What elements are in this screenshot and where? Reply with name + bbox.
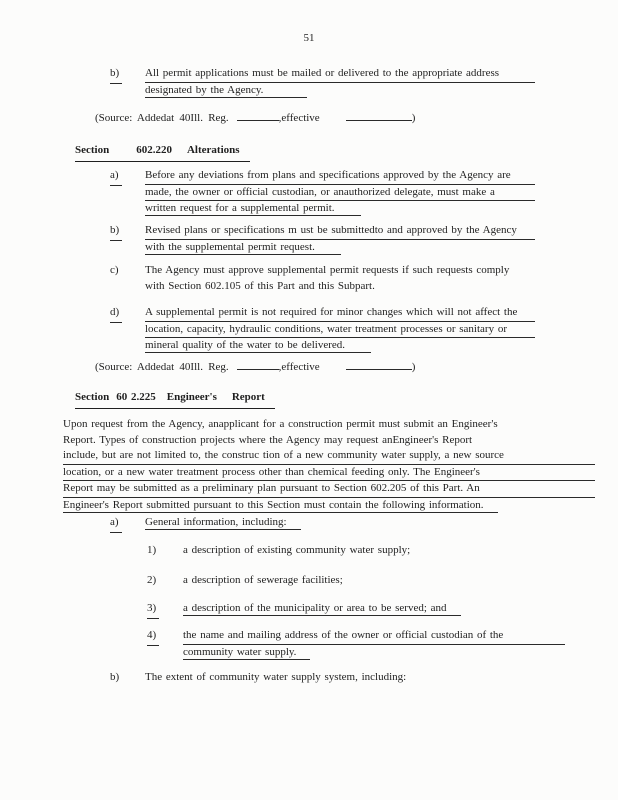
item-line: The extent of community water supply sys… bbox=[145, 670, 535, 686]
item-label: 2) bbox=[147, 573, 156, 589]
section-word: Section bbox=[75, 144, 109, 156]
item-line: Revised plans or specifications m ust be… bbox=[145, 223, 535, 240]
item-line: written request for a supplemental permi… bbox=[145, 202, 361, 216]
paragraph-line: include, but are not limited to, the con… bbox=[63, 448, 595, 465]
item-label: 1) bbox=[147, 543, 156, 559]
section-heading-602-225: Section60 2.225Engineer'sReport bbox=[75, 390, 275, 409]
paragraph-line: location, or a new water treatment proce… bbox=[63, 465, 595, 482]
blank-line bbox=[346, 110, 412, 121]
section-number: 602.220 bbox=[136, 144, 172, 156]
list-item-revised-plans: b) Revised plans or specifications m ust… bbox=[110, 223, 535, 255]
item-label: 3) bbox=[147, 601, 159, 619]
list-item-deviations: a) Before any deviations from plans and … bbox=[110, 168, 535, 217]
item-line: a description of sewerage facilities; bbox=[183, 573, 565, 589]
list-item-permit-mailing: b) All permit applications must be maile… bbox=[110, 66, 535, 98]
item-line: location, capacity, hydraulic conditions… bbox=[145, 322, 535, 339]
paragraph-line: Upon request from the Agency, anapplican… bbox=[63, 417, 595, 433]
item-line: a description of the municipality or are… bbox=[183, 602, 461, 616]
source-prefix: (Source: Addedat 40Ill. Reg. bbox=[95, 112, 229, 124]
paragraph-line: Report. Types of construction projects w… bbox=[63, 433, 595, 449]
source-mid: ,effective bbox=[279, 361, 320, 373]
section-heading-602-220: Section602.220Alterations bbox=[75, 143, 250, 162]
item-line: with Section 602.105 of this Part and th… bbox=[145, 279, 535, 295]
item-line: made, the owner or official custodian, o… bbox=[145, 185, 535, 202]
item-label: a) bbox=[110, 515, 122, 533]
item-label: b) bbox=[110, 670, 119, 686]
list-item-general-information: a) General information, including: bbox=[110, 515, 535, 531]
list-item-sewerage-facilities: 2) a description of sewerage facilities; bbox=[147, 573, 565, 589]
item-line: community water supply. bbox=[183, 646, 310, 660]
page-number: 51 bbox=[0, 32, 618, 44]
item-label: b) bbox=[110, 223, 122, 241]
source-suffix: ) bbox=[412, 361, 416, 373]
item-line: a description of existing community wate… bbox=[183, 543, 565, 559]
item-label: b) bbox=[110, 66, 122, 84]
blank-line bbox=[237, 110, 279, 121]
item-line: with the supplemental permit request. bbox=[145, 241, 341, 255]
item-line: All permit applications must be mailed o… bbox=[145, 66, 535, 83]
source-suffix: ) bbox=[412, 112, 416, 124]
blank-line bbox=[346, 359, 412, 370]
item-label: c) bbox=[110, 263, 119, 279]
item-line: General information, including: bbox=[145, 516, 301, 530]
source-note: (Source: Addedat 40Ill. Reg.,effective) bbox=[95, 110, 415, 127]
item-line: The Agency must approve supplemental per… bbox=[145, 263, 535, 279]
list-item-owner-address: 4) the name and mailing address of the o… bbox=[147, 628, 565, 660]
list-item-agency-approval: c) The Agency must approve supplemental … bbox=[110, 263, 535, 294]
item-line: mineral quality of the water to be deliv… bbox=[145, 339, 371, 353]
engineers-report-paragraph: Upon request from the Agency, anapplican… bbox=[63, 417, 595, 513]
list-item-extent-of-system: b) The extent of community water supply … bbox=[110, 670, 535, 686]
list-item-minor-changes: d) A supplemental permit is not required… bbox=[110, 305, 535, 354]
item-label: d) bbox=[110, 305, 122, 323]
source-mid: ,effective bbox=[279, 112, 320, 124]
item-line: A supplemental permit is not required fo… bbox=[145, 305, 535, 322]
item-label: a) bbox=[110, 168, 122, 186]
section-word: Section bbox=[75, 391, 109, 403]
section-number: 60 2.225 bbox=[116, 391, 156, 403]
item-label: 4) bbox=[147, 628, 159, 646]
section-title: Report bbox=[232, 391, 265, 403]
blank-line bbox=[237, 359, 279, 370]
paragraph-line: Engineer's Report submitted pursuant to … bbox=[63, 499, 498, 513]
source-note: (Source: Addedat 40Ill. Reg.,effective) bbox=[95, 359, 415, 376]
item-line: Before any deviations from plans and spe… bbox=[145, 168, 535, 185]
section-title: Alterations bbox=[187, 144, 240, 156]
list-item-existing-supply: 1) a description of existing community w… bbox=[147, 543, 565, 559]
source-prefix: (Source: Addedat 40Ill. Reg. bbox=[95, 361, 229, 373]
list-item-municipality: 3) a description of the municipality or … bbox=[147, 601, 565, 617]
item-line: designated by the Agency. bbox=[145, 84, 307, 98]
paragraph-line: Report may be submitted as a preliminary… bbox=[63, 481, 595, 498]
item-line: the name and mailing address of the owne… bbox=[183, 628, 565, 645]
section-title: Engineer's bbox=[167, 391, 217, 403]
